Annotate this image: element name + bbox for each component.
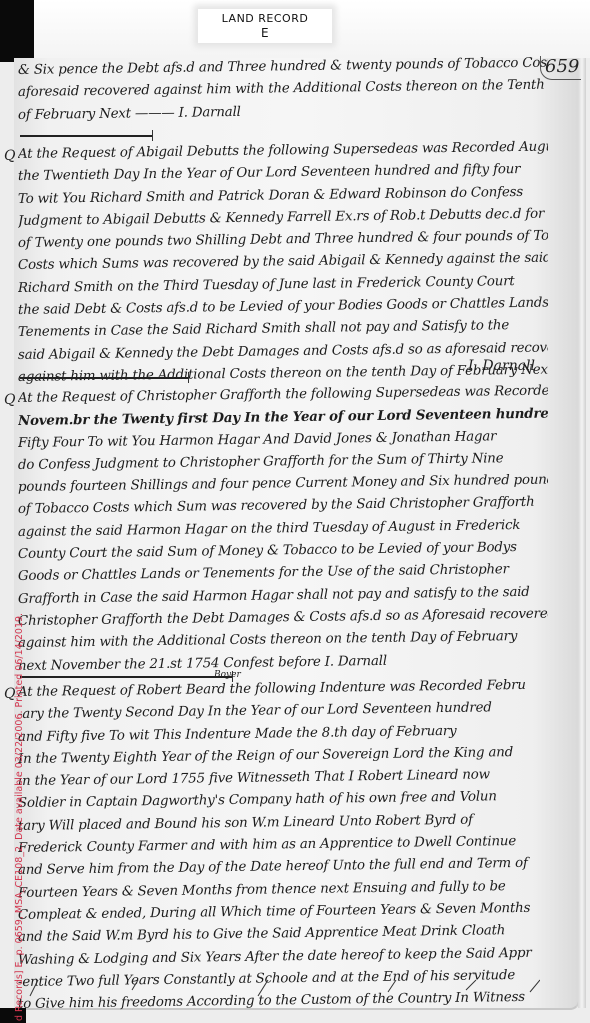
clerk-signature: I. Darnall bbox=[468, 358, 535, 374]
label-title: LAND RECORD bbox=[222, 12, 309, 25]
record-entry-indenture: At the Request of Robert Beard the follo… bbox=[18, 682, 548, 1016]
document-scan: LAND RECORD E 659 & Six pence the Debt a… bbox=[0, 0, 590, 1023]
volume-label-tag: LAND RECORD E bbox=[198, 9, 332, 43]
margin-mark: Q bbox=[4, 392, 15, 408]
record-entry-debutts: At the Request of Abigail Debutts the fo… bbox=[18, 144, 548, 389]
record-entry-continuation: & Six pence the Debt afs.d and Three hun… bbox=[18, 60, 548, 127]
entry-divider bbox=[20, 676, 232, 678]
entry-divider bbox=[20, 377, 188, 379]
archive-citation-stamp: d Records] E, p. 0659, MSA_CE108_2. Date… bbox=[13, 637, 27, 1021]
record-entry-grafforth: At the Request of Christopher Grafforth … bbox=[18, 388, 548, 678]
descender-strokes bbox=[20, 978, 540, 1000]
entry-divider bbox=[20, 135, 152, 137]
page-edge bbox=[578, 58, 586, 1008]
label-volume: E bbox=[198, 26, 332, 40]
scan-border-corner bbox=[0, 0, 34, 62]
margin-mark: Q bbox=[4, 148, 15, 164]
